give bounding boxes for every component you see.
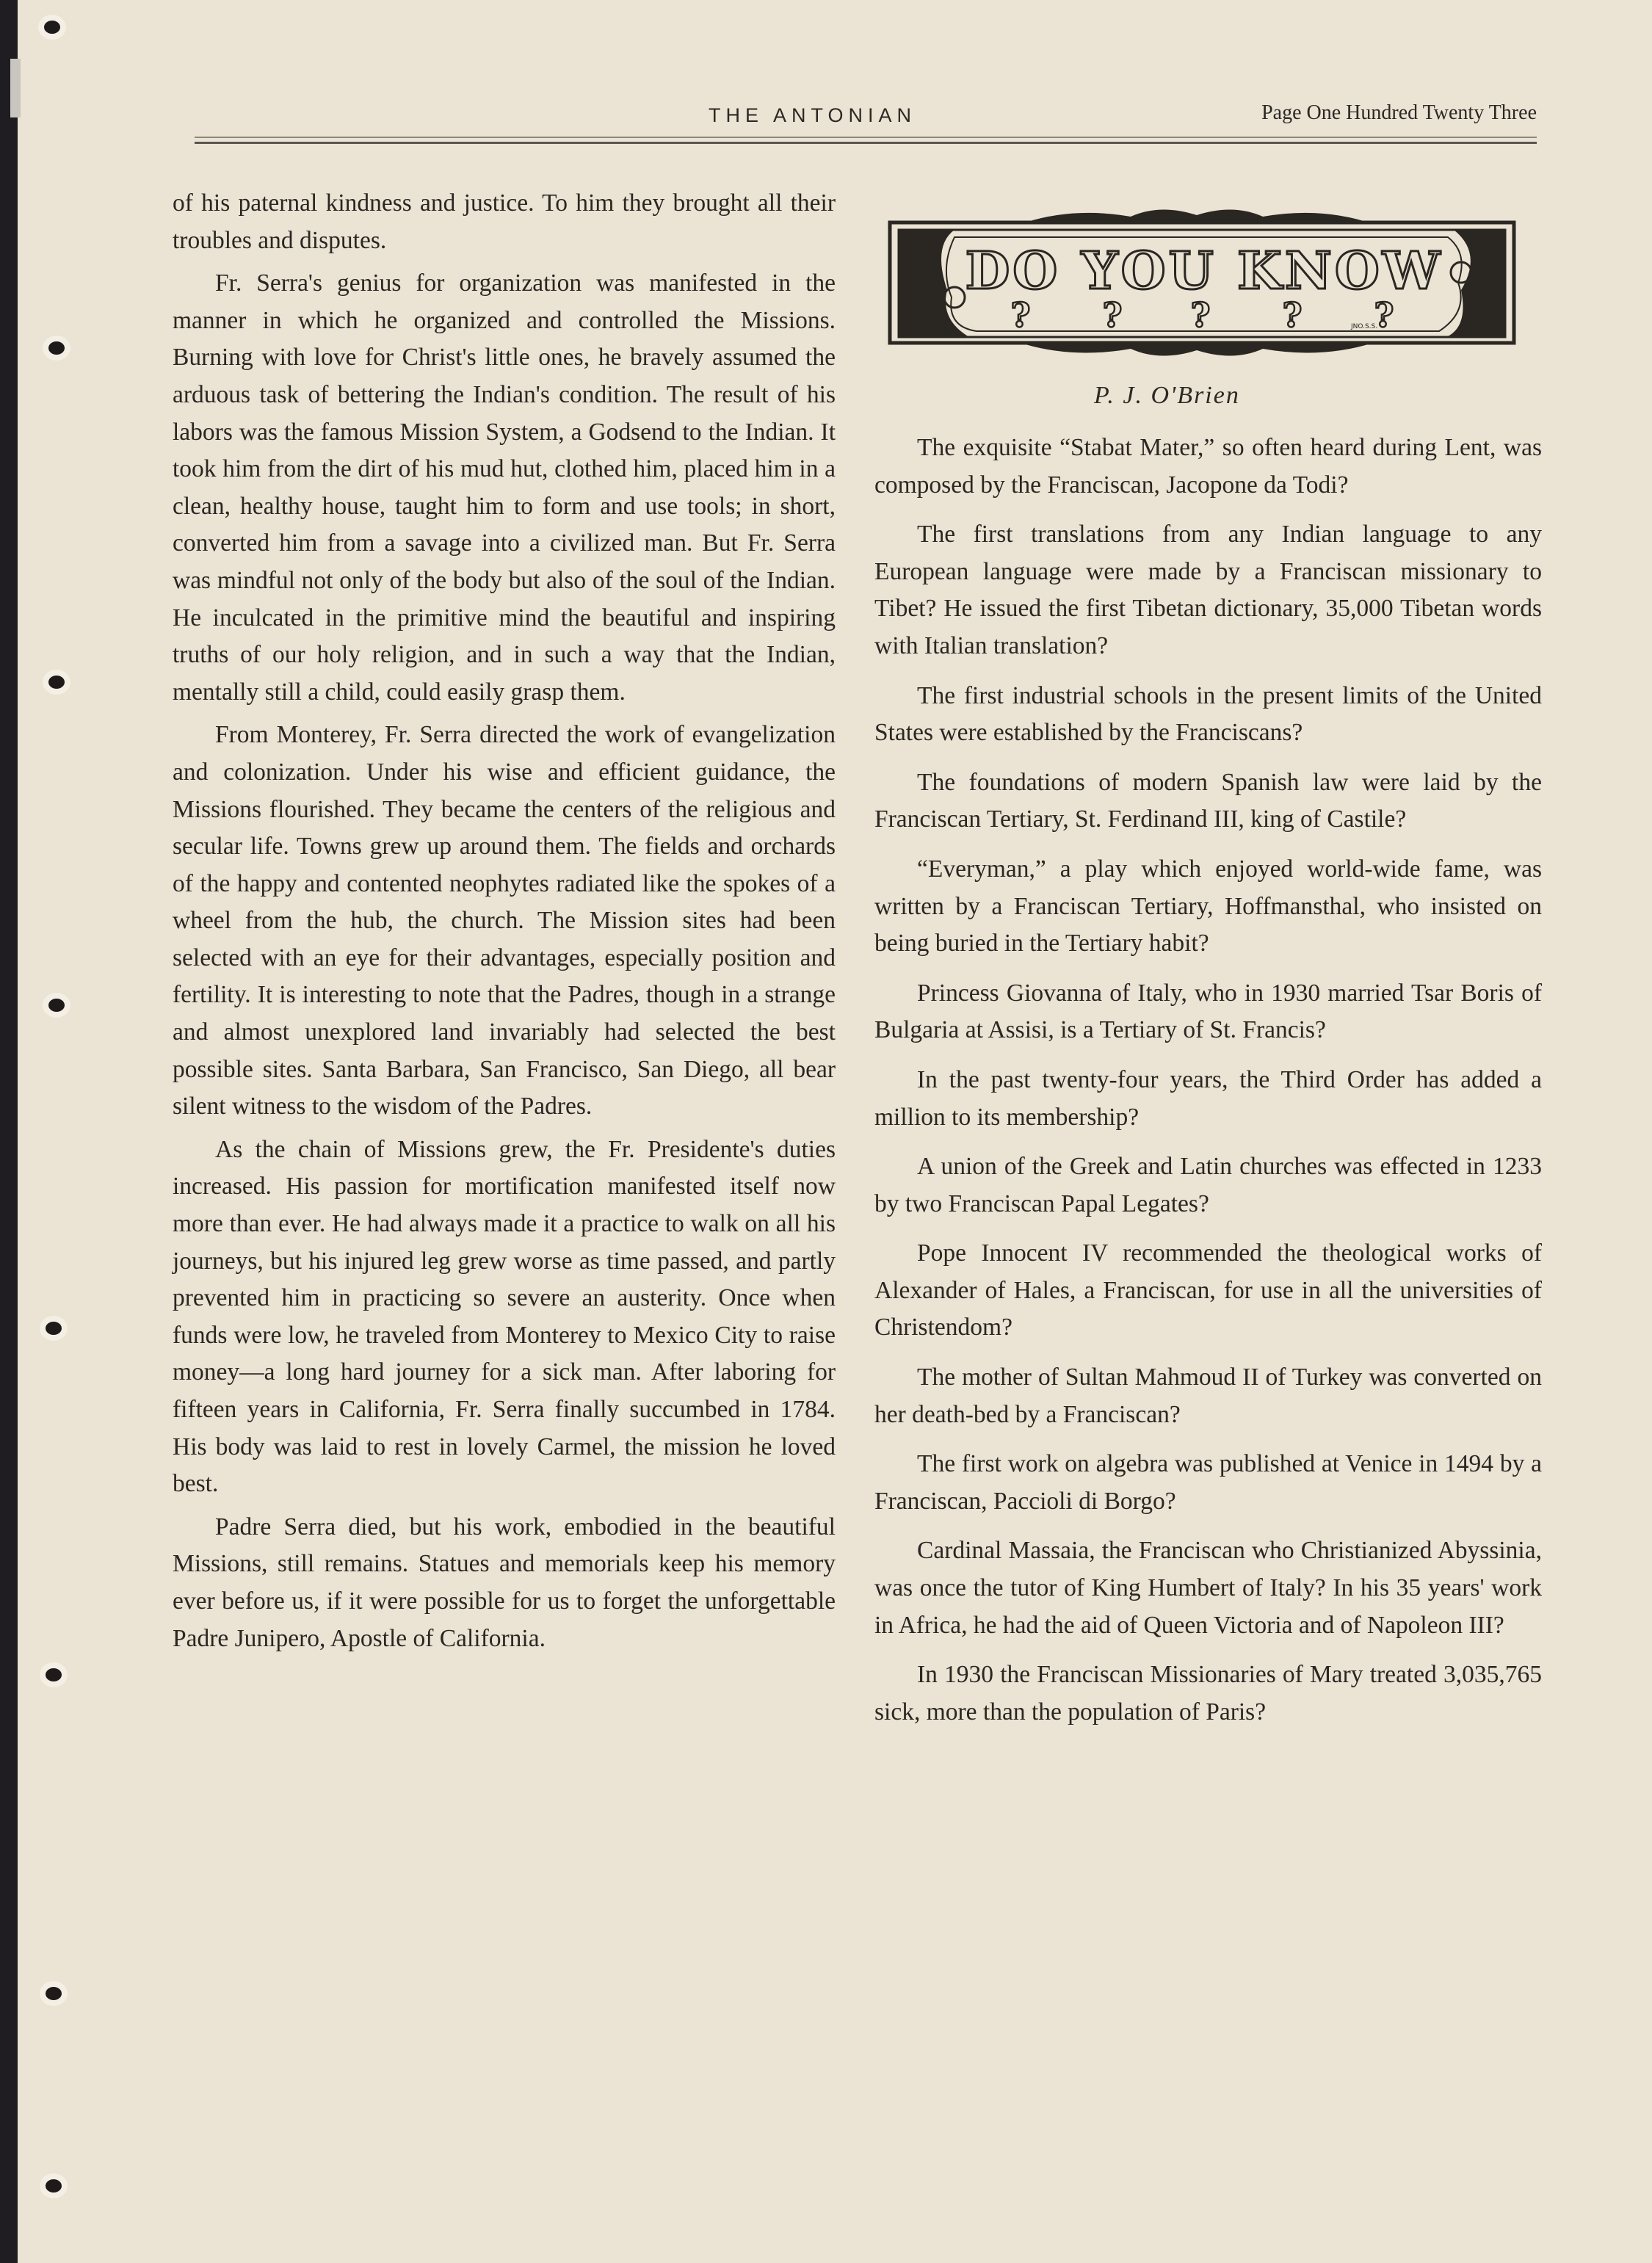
binder-hole	[46, 1668, 62, 1681]
page-header: THE ANTONIAN Page One Hundred Twenty Thr…	[195, 101, 1537, 138]
fact-paragraph: The foundations of modern Spanish law we…	[874, 764, 1542, 839]
fact-paragraph: Princess Giovanna of Italy, who in 1930 …	[874, 975, 1542, 1049]
question-mark-icon: ?	[1103, 295, 1123, 335]
paragraph: Fr. Serra's genius for organization was …	[173, 265, 836, 711]
fact-paragraph: “Everyman,” a play which enjoyed world-w…	[874, 851, 1542, 963]
publication-title: THE ANTONIAN	[709, 104, 916, 127]
page-number-label: Page One Hundred Twenty Three	[1261, 101, 1537, 125]
fact-paragraph: The first work on algebra was published …	[874, 1446, 1542, 1520]
spine-tape	[10, 59, 21, 117]
fact-paragraph: The first translations from any Indian l…	[874, 516, 1542, 665]
binder-hole	[46, 1322, 62, 1335]
fact-paragraph: In the past twenty-four years, the Third…	[874, 1062, 1542, 1136]
artist-signature: JNO.S.S.	[1350, 323, 1377, 330]
fact-paragraph: The first industrial schools in the pres…	[874, 678, 1542, 752]
book-spine	[0, 0, 18, 2263]
question-mark-icon: ?	[1283, 295, 1303, 335]
fact-paragraph: A union of the Greek and Latin churches …	[874, 1148, 1542, 1223]
header-rule	[195, 137, 1537, 138]
binder-hole	[44, 21, 60, 34]
do-you-know-column: The exquisite “Stabat Mater,” so often h…	[874, 430, 1542, 1743]
fact-paragraph: In 1930 the Franciscan Missionaries of M…	[874, 1656, 1542, 1731]
article-left-column: of his paternal kindness and justice. To…	[173, 185, 836, 1663]
binder-hole	[48, 676, 65, 689]
paragraph: As the chain of Missions grew, the Fr. P…	[173, 1131, 836, 1503]
binder-hole	[48, 999, 65, 1012]
paragraph: of his paternal kindness and justice. To…	[173, 185, 836, 259]
fact-paragraph: The mother of Sultan Mahmoud II of Turke…	[874, 1359, 1542, 1433]
fact-paragraph: Pope Innocent IV recommended the theolog…	[874, 1235, 1542, 1347]
binder-hole	[46, 1987, 62, 2000]
paragraph: Padre Serra died, but his work, embodied…	[173, 1509, 836, 1657]
fact-paragraph: Cardinal Massaia, the Franciscan who Chr…	[874, 1532, 1542, 1644]
question-mark-icon: ?	[1191, 295, 1211, 335]
do-you-know-banner: DO YOU KNOW ? ? ? ? ? JNO.S.S.	[881, 202, 1527, 363]
banner-title: DO YOU KNOW	[966, 240, 1443, 301]
author-byline: P. J. O'Brien	[1094, 382, 1240, 410]
header-rule	[195, 142, 1537, 144]
paragraph: From Monterey, Fr. Serra directed the wo…	[173, 717, 836, 1126]
binder-hole	[46, 2179, 62, 2193]
binder-hole	[48, 341, 65, 355]
fact-paragraph: The exquisite “Stabat Mater,” so often h…	[874, 430, 1542, 504]
question-mark-icon: ?	[1011, 295, 1031, 335]
